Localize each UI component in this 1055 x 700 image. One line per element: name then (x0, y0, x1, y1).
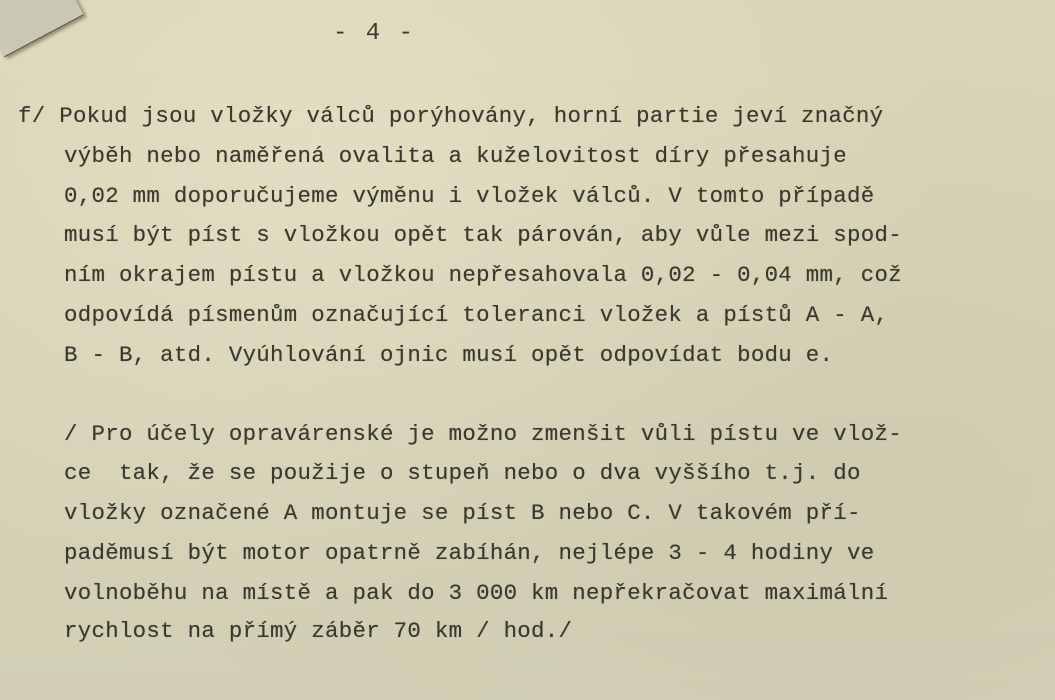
paragraph-line: f/ Pokud jsou vložky válců porýhovány, h… (18, 103, 883, 129)
paragraph-line: výběh nebo naměřená ovalita a kuželovito… (64, 143, 847, 169)
page-number: - 4 - (333, 20, 415, 47)
paragraph-line: paděmusí být motor opatrně zabíhán, nejl… (64, 540, 874, 566)
paragraph-line: musí být píst s vložkou opět tak párován… (64, 222, 902, 248)
paragraph-line: odpovídá písmenům označující toleranci v… (64, 302, 888, 328)
paragraph-line: ce tak, že se použije o stupeň nebo o dv… (64, 460, 861, 486)
paragraph-line: rychlost na přímý záběr 70 km / hod./ (64, 618, 572, 644)
paragraph-line: / Pro účely opravárenské je možno zmenši… (64, 421, 902, 447)
paragraph-line: 0,02 mm doporučujeme výměnu i vložek vál… (64, 183, 874, 209)
paragraph-line: vložky označené A montuje se píst B nebo… (64, 500, 861, 526)
paper-corner-fold (0, 0, 84, 57)
paragraph-line: volnoběhu na místě a pak do 3 000 km nep… (64, 580, 888, 606)
paragraph-line: B - B, atd. Vyúhlování ojnic musí opět o… (64, 342, 833, 368)
paragraph-line: ním okrajem pístu a vložkou nepřesahoval… (64, 262, 902, 288)
